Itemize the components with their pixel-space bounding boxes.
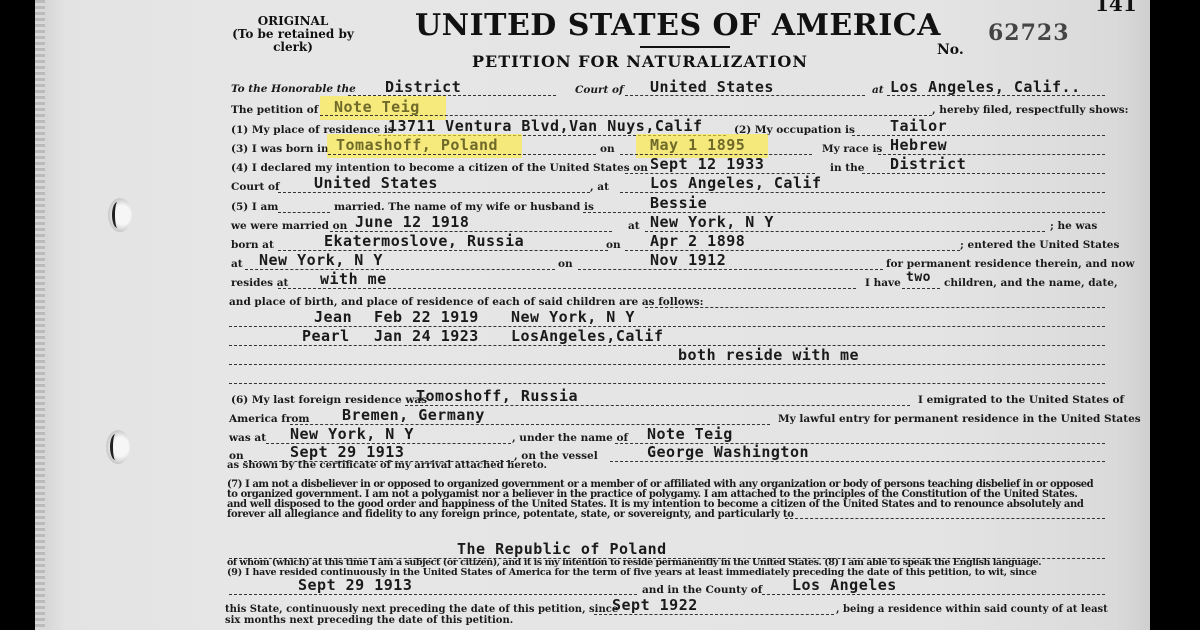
at-label: at [872, 84, 884, 96]
at-label-2: , at [590, 181, 609, 193]
birthplace-value: Tomashoff, Poland [336, 136, 498, 154]
birthplace-label: (3) I was born in [231, 143, 329, 155]
he-was-label: ; he was [1050, 220, 1097, 232]
born-at-label: born at [231, 239, 274, 251]
child-name: Pearl [302, 327, 350, 345]
on-label: on [600, 143, 615, 155]
children-label: children, and the name, date, [944, 277, 1118, 289]
hereby-filed-label: , hereby filed, respectfully shows: [932, 104, 1129, 116]
spouse-birthplace-value: Ekatermoslove, Russia [324, 232, 524, 250]
child-birth-date: Jan 24 1923 [374, 327, 479, 345]
marriage-place-value: New York, N Y [650, 213, 774, 231]
declared-date-value: Sept 12 1933 [650, 155, 764, 173]
child-birth-date: Feb 22 1919 [374, 308, 479, 326]
number-label: No. [937, 42, 964, 58]
race-label: My race is [822, 143, 882, 155]
allegiance-paragraph: of whom (which) at this time I am a subj… [227, 558, 1107, 578]
spouse-entry-date-value: Nov 1912 [650, 251, 726, 269]
certificate-note: as shown by the certificate of my arriva… [227, 460, 547, 471]
i-am-label: (5) I am [231, 201, 278, 213]
being-residence-label: , being a residence within said county o… [836, 604, 1108, 615]
county-value: Los Angeles [792, 576, 897, 594]
permanent-residence-label: for permanent residence therein, and now [886, 258, 1135, 270]
child-birthplace: New York, N Y [511, 308, 635, 326]
honorable-label: To the Honorable the [231, 83, 356, 95]
entry-on-label: on [558, 258, 573, 270]
title-rule [640, 46, 730, 48]
document-subtitle: PETITION FOR NATURALIZATION [472, 52, 808, 71]
under-name-label: , under the name of [512, 432, 628, 444]
page-number: 141 [1095, 0, 1137, 16]
last-residence-value: Tomoshoff, Russia [416, 387, 578, 405]
child-name: Jean [314, 308, 352, 326]
entry-at-label: at [231, 258, 243, 270]
petition-number: 62723 [988, 20, 1070, 46]
born-on-label: on [606, 239, 621, 251]
occupation-value: Tailor [890, 117, 947, 135]
declared-court-value: United States [314, 174, 438, 192]
court-type-value: District [385, 78, 461, 96]
spouse-birth-date-value: Apr 2 1898 [650, 232, 745, 250]
county-since-value: Sept 1922 [612, 596, 698, 614]
children-count-value: two [906, 270, 931, 285]
document-title: UNITED STATES OF AMERICA [415, 8, 941, 43]
us-residence-since-value: Sept 29 1913 [298, 576, 412, 594]
children-residence-note: both reside with me [678, 346, 859, 364]
punch-hole-top [108, 198, 132, 232]
state-residence-label: this State, continuously next preceding … [225, 604, 618, 615]
departure-port-value: Bremen, Germany [342, 406, 485, 424]
petition-of-label: The petition of [231, 104, 318, 116]
children-intro: and place of birth, and place of residen… [229, 296, 704, 308]
arrival-name-value: Note Teig [647, 425, 733, 443]
entered-label: ; entered the United States [960, 239, 1119, 251]
court-of-label: Court of [575, 84, 624, 96]
punch-hole-bottom [106, 430, 130, 464]
six-months-label: six months next preceding the date of th… [225, 615, 513, 626]
child-birthplace: LosAngeles,Calif [511, 327, 664, 345]
residence-value: 13711 Ventura Blvd,Van Nuys,Calif [388, 117, 703, 135]
original-label-block: ORIGINAL (To be retained by clerk) [228, 15, 358, 54]
retained-note: clerk) [228, 41, 358, 54]
court-name-value: United States [650, 78, 774, 96]
perforated-edge [35, 0, 45, 630]
lawful-entry-label: My lawful entry for permanent residence … [778, 413, 1141, 425]
i-have-label: I have [865, 277, 901, 289]
emigrated-label: I emigrated to the United States of [918, 394, 1124, 406]
sovereign-value: The Republic of Poland [457, 540, 667, 558]
declared-label: (4) I declared my intention to become a … [231, 162, 648, 174]
county-label: and in the County of [642, 584, 762, 596]
court-location-value: Los Angeles, Calif.. [890, 78, 1081, 96]
arrival-port-value: New York, N Y [290, 425, 414, 443]
arrival-date-value: Sept 29 1913 [290, 443, 404, 461]
birth-date-value: May 1 1895 [650, 136, 745, 154]
declared-location-value: Los Angeles, Calif [650, 174, 822, 192]
marriage-at-label: at [628, 220, 640, 232]
last-residence-label: (6) My last foreign residence was [231, 394, 427, 406]
was-at-label: was at [229, 432, 266, 444]
married-label: married. The name of my wife or husband … [334, 201, 594, 213]
spouse-residence-value: with me [320, 270, 387, 288]
petitioner-name: Note Teig [334, 98, 420, 116]
spouse-name-value: Bessie [650, 194, 707, 212]
race-value: Hebrew [890, 136, 947, 154]
spouse-entry-place-value: New York, N Y [259, 251, 383, 269]
vessel-value: George Washington [647, 443, 809, 461]
marriage-date-value: June 12 1918 [355, 213, 469, 231]
in-the-label: in the [830, 162, 864, 174]
oath-paragraph: (7) I am not a disbeliever in or opposed… [227, 480, 1107, 520]
declared-court-type-value: District [890, 155, 966, 173]
court-of-label-2: Court of [231, 181, 280, 193]
